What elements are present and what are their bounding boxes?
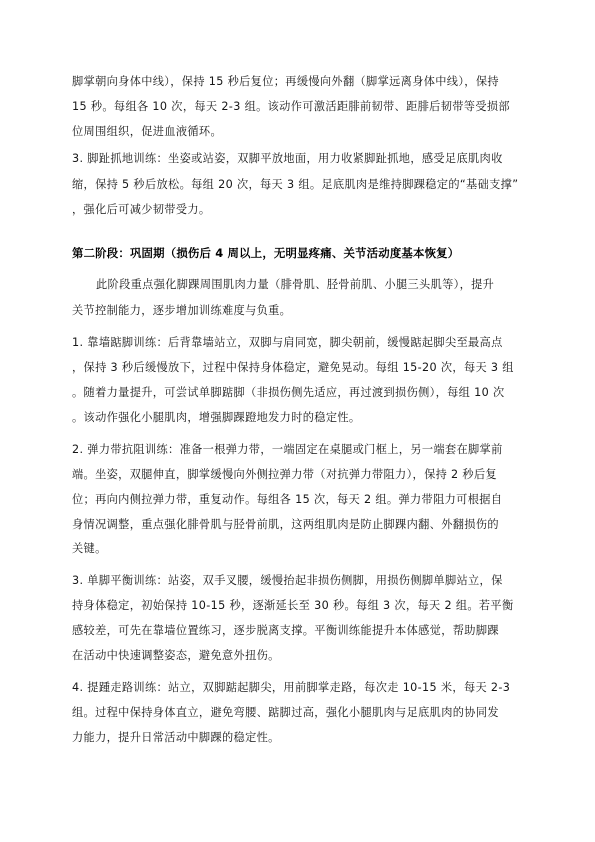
list-item-wall-heel-raise-line: 。该动作强化小腿肌肉，增强脚踝蹬地发力时的稳定性。	[72, 411, 360, 425]
body-text-line: 脚掌朝向身体中线），保持 15 秒后复位；再缓慢向外翻（脚掌远离身体中线），保持	[72, 75, 499, 89]
document-page: 脚掌朝向身体中线），保持 15 秒后复位；再缓慢向外翻（脚掌远离身体中线），保持…	[0, 0, 595, 842]
list-item-single-leg-balance-line: 感较差，可先在靠墙位置练习，逐步脱离支撑。平衡训练能提升本体感觉，帮助脚踝	[72, 624, 499, 638]
list-item-single-leg-balance-line: 持身体稳定，初始保持 10-15 秒，逐渐延长至 30 秒。每组 3 次，每天 …	[72, 599, 514, 613]
list-item-toe-grip-line: 3. 脚趾抓地训练：坐姿或站姿，双脚平放地面，用力收紧脚趾抓地，感受足底肌肉收	[72, 152, 503, 166]
list-item-toe-grip-line: ，强化后可减少韧带受力。	[72, 203, 210, 217]
body-text-line: 15 秒。每组各 10 次，每天 2-3 组。该动作可激活距腓前韧带、距腓后韧带…	[72, 100, 510, 114]
list-item-resistance-band-line: 2. 弹力带抗阻训练：准备一根弹力带，一端固定在桌腿或门框上，另一端套在脚掌前	[72, 443, 503, 457]
intro-paragraph-line: 此阶段重点强化脚踝周围肌肉力量（腓骨肌、胫骨前肌、小腿三头肌等），提升	[96, 278, 494, 292]
list-item-wall-heel-raise-line: ，保持 3 秒后缓慢放下，过程中保持身体稳定，避免晃动。每组 15-20 次，每…	[72, 361, 514, 375]
list-item-single-leg-balance-line: 在活动中快速调整姿态，避免意外扭伤。	[72, 649, 280, 663]
intro-paragraph-line: 关节控制能力，逐步增加训练难度与负重。	[72, 304, 291, 318]
list-item-toe-grip-line: 缩，保持 5 秒后放松。每组 20 次，每天 3 组。足底肌肉是维持脚踝稳定的“…	[72, 178, 518, 192]
list-item-wall-heel-raise-line: 。随着力量提升，可尝试单脚踮脚（非损伤侧先适应，再过渡到损伤侧），每组 10 次	[72, 386, 505, 400]
body-text-line: 位周围组织，促进血液循环。	[72, 125, 222, 139]
list-item-resistance-band-line: 关键。	[72, 542, 107, 556]
list-item-resistance-band-line: 身情况调整，重点强化腓骨肌与胫骨前肌，这两组肌肉是防止脚踝内翻、外翻损伤的	[72, 518, 499, 532]
list-item-heel-walk-line: 力能力，提升日常活动中脚踝的稳定性。	[72, 731, 280, 745]
section-heading-stage-two: 第二阶段：巩固期（损伤后 4 周以上，无明显疼痛、关节活动度基本恢复）	[72, 246, 459, 260]
list-item-resistance-band-line: 位；再向内侧拉弹力带，重复动作。每组各 15 次，每天 2 组。弹力带阻力可根据…	[72, 493, 502, 507]
list-item-resistance-band-line: 端。坐姿，双腿伸直，脚掌缓慢向外侧拉弹力带（对抗弹力带阻力），保持 2 秒后复	[72, 468, 497, 482]
list-item-single-leg-balance-line: 3. 单脚平衡训练：站姿，双手叉腰，缓慢抬起非损伤侧脚，用损伤侧脚单脚站立，保	[72, 574, 503, 588]
list-item-heel-walk-line: 组。过程中保持身体直立，避免弯腰、踮脚过高，强化小腿肌肉与足底肌肉的协同发	[72, 706, 499, 720]
list-item-heel-walk-line: 4. 提踵走路训练：站立，双脚踮起脚尖，用前脚掌走路，每次走 10-15 米，每…	[72, 681, 510, 695]
list-item-wall-heel-raise-line: 1. 靠墙踮脚训练：后背靠墙站立，双脚与肩同宽，脚尖朝前，缓慢踮起脚尖至最高点	[72, 336, 503, 350]
